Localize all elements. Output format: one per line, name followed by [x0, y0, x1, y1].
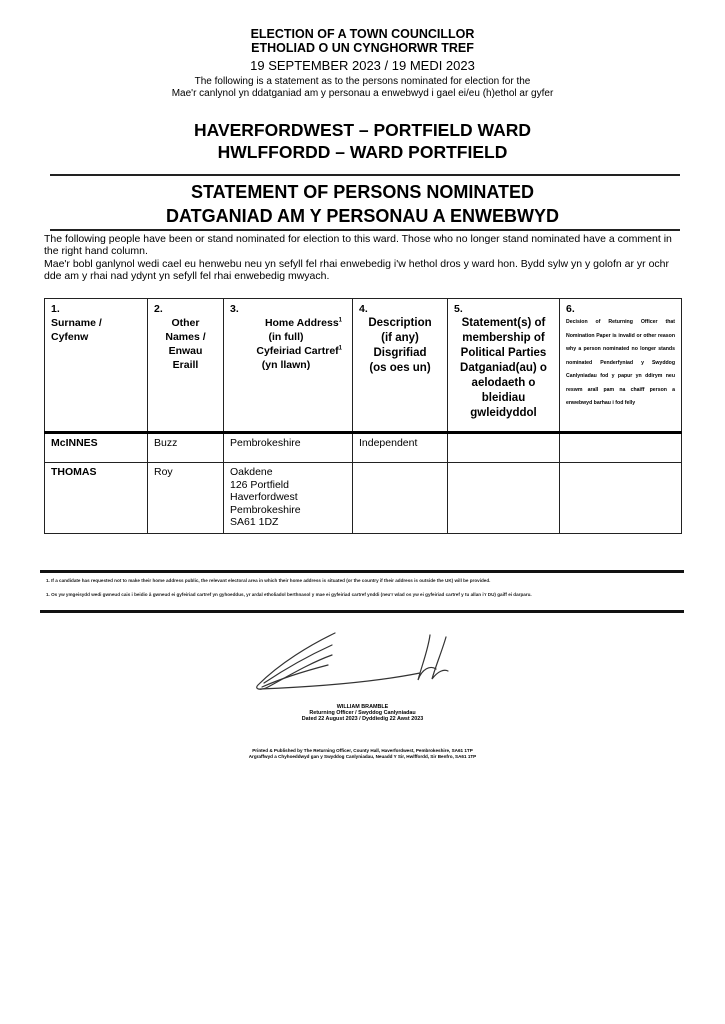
election-title-cy: ETHOLIAD O UN CYNGHORWR TREF	[0, 41, 725, 55]
footnote-divider	[40, 610, 684, 613]
divider	[50, 229, 680, 231]
intro-en: The following people have been or stand …	[44, 233, 684, 258]
footnote-divider	[40, 570, 684, 573]
document-heading-en: STATEMENT OF PERSONS NOMINATED	[0, 180, 725, 204]
nominations-table: 1. Surname / Cyfenw 2. Other Names / Enw…	[44, 298, 682, 534]
footnote-en: 1. If a candidate has requested not to m…	[46, 578, 490, 584]
imprint-en: Printed & Published by The Returning Off…	[0, 748, 725, 754]
candidate-party-statement	[448, 463, 560, 534]
candidate-description: Independent	[353, 433, 448, 463]
candidate-ro-decision	[560, 433, 682, 463]
candidate-address: Oakdene 126 Portfield Haverfordwest Pemb…	[224, 463, 353, 534]
statement-intro-en: The following is a statement as to the p…	[0, 76, 725, 88]
table-row: McINNES Buzz Pembrokeshire Independent	[45, 433, 682, 463]
candidate-surname: THOMAS	[45, 463, 148, 534]
column-header-home-address: 3. Home Address1 (in full) Cyfeiriad Car…	[224, 299, 353, 433]
election-date: 19 SEPTEMBER 2023 / 19 MEDI 2023	[0, 58, 725, 73]
column-header-ro-decision: 6. Decision of Returning Officer that No…	[560, 299, 682, 433]
divider	[50, 174, 680, 176]
table-header-row: 1. Surname / Cyfenw 2. Other Names / Enw…	[45, 299, 682, 433]
election-title-en: ELECTION OF A TOWN COUNCILLOR	[0, 27, 725, 41]
column-header-party-statement: 5. Statement(s) of membership of Politic…	[448, 299, 560, 433]
document-heading-cy: DATGANIAD AM Y PERSONAU A ENWEBWYD	[0, 204, 725, 228]
candidate-party-statement	[448, 433, 560, 463]
ward-name-cy: HWLFFORDD – WARD PORTFIELD	[0, 142, 725, 163]
candidate-other-names: Roy	[148, 463, 224, 534]
candidate-ro-decision	[560, 463, 682, 534]
candidate-surname: McINNES	[45, 433, 148, 463]
table-row: THOMAS Roy Oakdene 126 Portfield Haverfo…	[45, 463, 682, 534]
statement-intro-cy: Mae'r canlynol yn ddatganiad am y person…	[0, 88, 725, 100]
candidate-address: Pembrokeshire	[224, 433, 353, 463]
column-header-description: 4. Description (if any) Disgrifiad (os o…	[353, 299, 448, 433]
ward-name-en: HAVERFORDWEST – PORTFIELD WARD	[0, 120, 725, 141]
column-header-other-names: 2. Other Names / Enwau Eraill	[148, 299, 224, 433]
column-header-surname: 1. Surname / Cyfenw	[45, 299, 148, 433]
signature-date: Dated 22 August 2023 / Dyddiedig 22 Awst…	[0, 716, 725, 722]
candidate-other-names: Buzz	[148, 433, 224, 463]
returning-officer-signature	[250, 625, 450, 700]
candidate-description	[353, 463, 448, 534]
imprint-cy: Argraffwyd a Chyhoeddwyd gan y Swyddog C…	[0, 754, 725, 760]
footnote-cy: 1. Os yw ymgeisydd wedi gwneud cais i be…	[46, 592, 532, 598]
intro-cy: Mae'r bobl ganlynol wedi cael eu henwebu…	[44, 258, 684, 283]
